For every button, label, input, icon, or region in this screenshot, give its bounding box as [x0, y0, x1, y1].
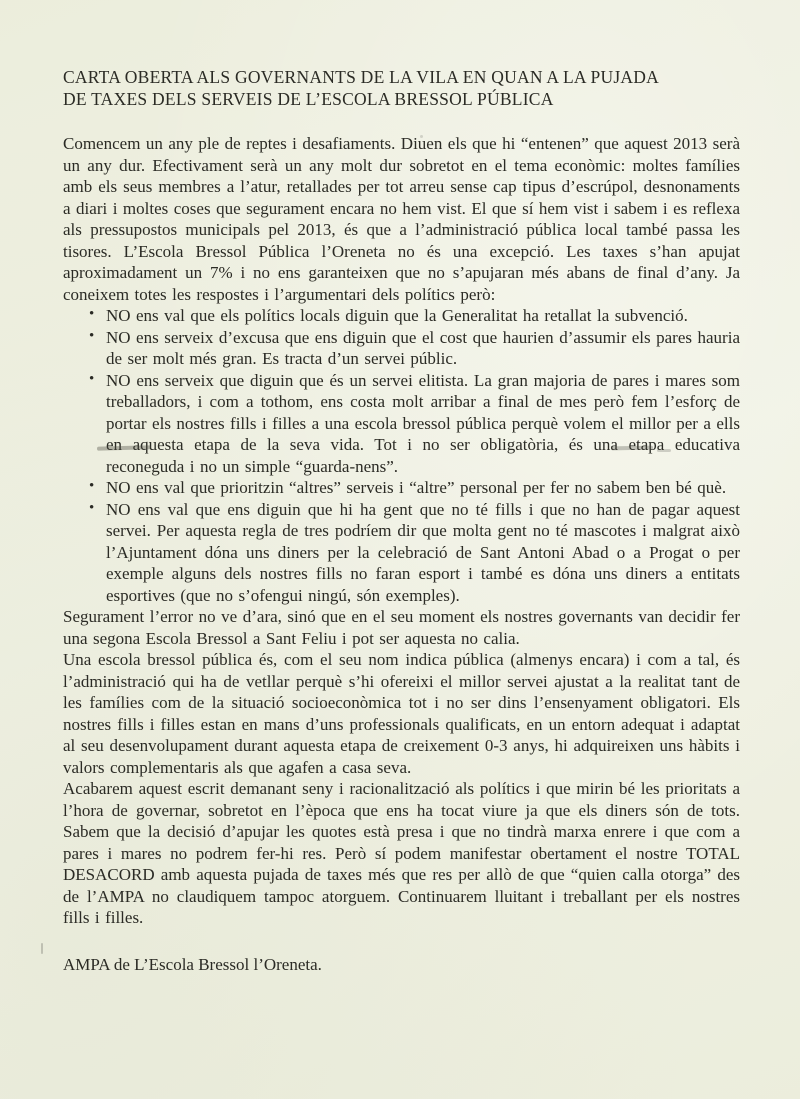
letter-body-paragraph-2: Una escola bressol pública és, com el se…	[63, 649, 740, 778]
letter-body-paragraph-1: Segurament l’error no ve d’ara, sinó que…	[63, 606, 740, 649]
list-item: • NO ens val que ens diguin que hi ha ge…	[106, 499, 740, 607]
letter-title-line-2: DE TAXES DELS SERVEIS DE L’ESCOLA BRESSO…	[63, 88, 740, 110]
letter-title: CARTA OBERTA ALS GOVERNANTS DE LA VILA E…	[63, 66, 740, 110]
bullet-icon: •	[89, 498, 94, 520]
letter-title-line-1: CARTA OBERTA ALS GOVERNANTS DE LA VILA E…	[63, 66, 740, 88]
letter-intro-paragraph: Comencem un any ple de reptes i desafiam…	[63, 133, 740, 305]
letter-body-paragraph-3: Acabarem aquest escrit demanant seny i r…	[63, 778, 740, 929]
list-item: • NO ens serveix d’excusa que ens diguin…	[106, 327, 740, 370]
list-item: • NO ens serveix que diguin que és un se…	[106, 370, 740, 478]
list-item-text: NO ens val que els polítics locals digui…	[106, 306, 688, 325]
letter-content: CARTA OBERTA ALS GOVERNANTS DE LA VILA E…	[63, 66, 740, 992]
bullet-icon: •	[89, 304, 94, 326]
list-item: • NO ens val que els polítics locals dig…	[106, 305, 740, 327]
list-item-text: NO ens val que prioritzin “altres” serve…	[106, 478, 726, 497]
letter-signature: AMPA de L’Escola Bressol l’Oreneta.	[63, 954, 740, 976]
bullet-icon: •	[89, 326, 94, 348]
list-item-text: NO ens serveix d’excusa que ens diguin q…	[106, 328, 740, 369]
scanned-letter-page: CARTA OBERTA ALS GOVERNANTS DE LA VILA E…	[0, 0, 800, 1099]
bullet-icon: •	[89, 476, 94, 498]
bullet-icon: •	[89, 369, 94, 391]
demands-list: • NO ens val que els polítics locals dig…	[63, 305, 740, 606]
list-item-text: NO ens val que ens diguin que hi ha gent…	[106, 500, 740, 605]
scan-smudge	[41, 943, 43, 954]
list-item-text: NO ens serveix que diguin que és un serv…	[106, 371, 740, 476]
list-item: • NO ens val que prioritzin “altres” ser…	[106, 477, 740, 499]
